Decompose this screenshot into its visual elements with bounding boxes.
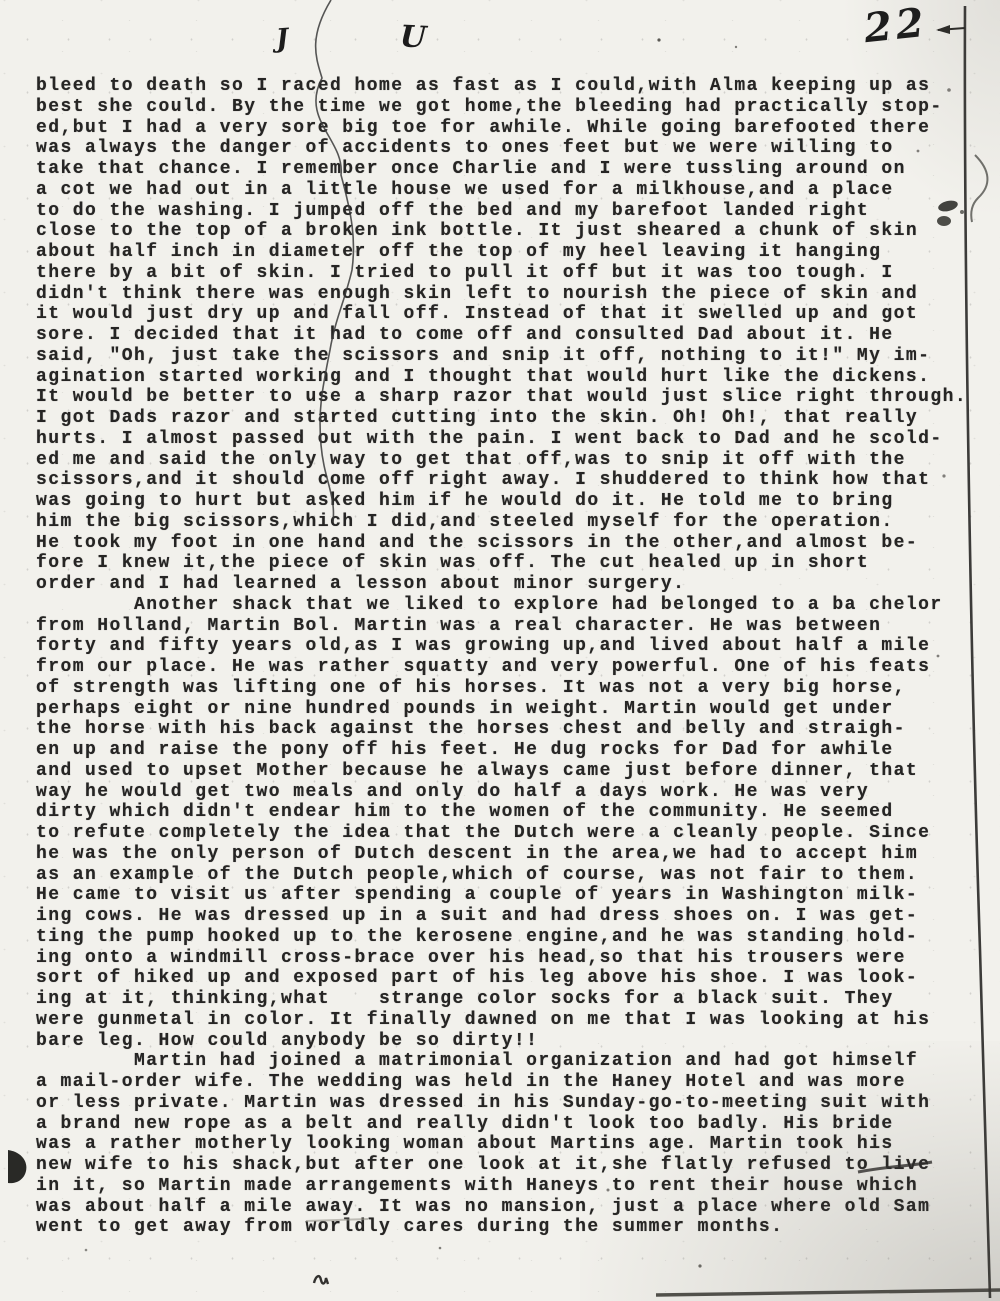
document-body: bleed to death so I raced home as fast a… <box>36 76 966 1238</box>
arrow-tick <box>938 28 965 30</box>
speck <box>698 1264 701 1267</box>
handwritten-mark-u: U <box>399 19 427 55</box>
paragraph-toe-injury: bleed to death so I raced home as fast a… <box>36 76 966 595</box>
scanned-page: 22 J U bleed to death so I raced home as… <box>0 0 1000 1301</box>
scan-border-right <box>965 6 990 1298</box>
scan-border-bottom <box>656 1290 1000 1295</box>
handwritten-page-number: 22 <box>862 0 930 52</box>
speck <box>439 1247 442 1250</box>
arrow-tick-head <box>936 25 950 34</box>
ink-mark <box>314 1276 328 1284</box>
speck <box>657 38 660 41</box>
speck <box>735 46 737 48</box>
paragraph-martin-bol: Another shack that we liked to explore h… <box>36 595 966 1052</box>
handwritten-mark-j: J <box>275 24 289 55</box>
paragraph-mail-order-wife: Martin had joined a matrimonial organiza… <box>36 1051 966 1238</box>
speck <box>85 1249 88 1252</box>
punch-hole-blob <box>8 1150 26 1183</box>
ink-hook <box>971 155 987 222</box>
